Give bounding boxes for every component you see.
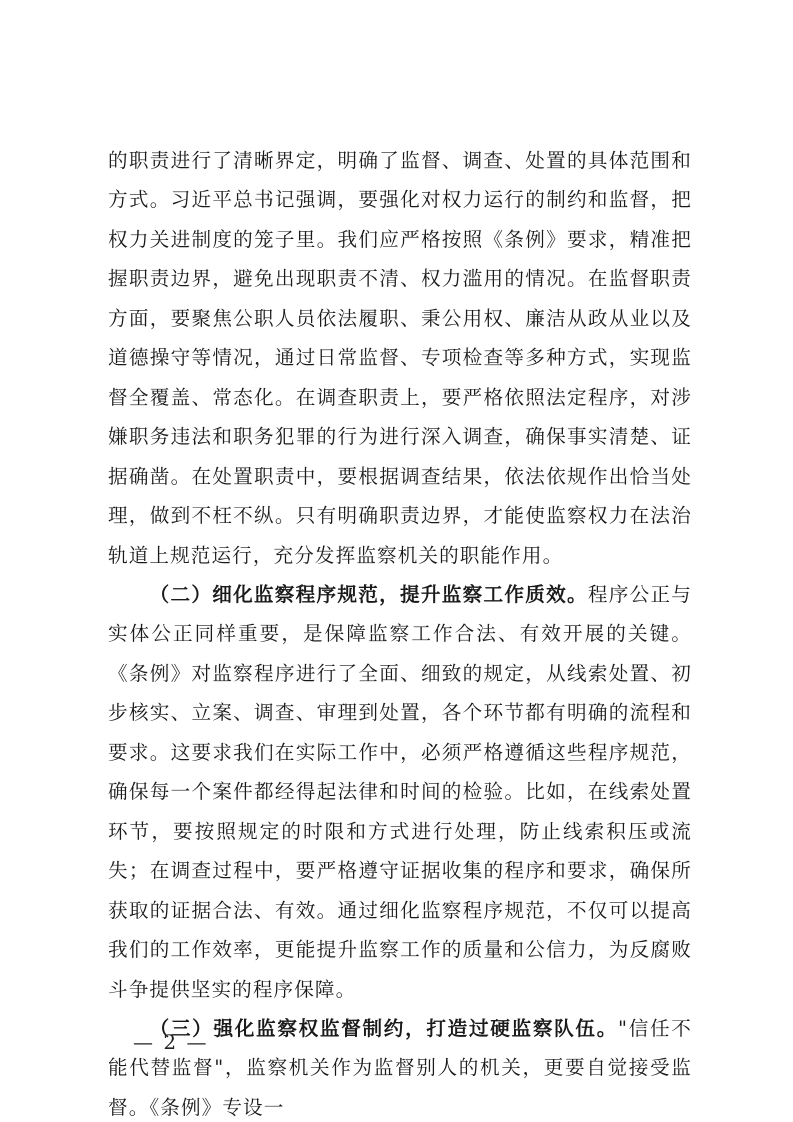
document-body: 的职责进行了清晰界定，明确了监督、调查、处置的具体范围和方式。习近平总书记强调，…	[108, 141, 692, 1122]
paragraph-heading: （二）细化监察程序规范，提升监察工作质效。	[150, 583, 588, 606]
paragraph-text: 的职责进行了清晰界定，明确了监督、调查、处置的具体范围和方式。习近平总书记强调，…	[108, 149, 692, 567]
page-number: — 2 —	[133, 1030, 208, 1054]
paragraph-1: 的职责进行了清晰界定，明确了监督、调查、处置的具体范围和方式。习近平总书记强调，…	[108, 141, 692, 575]
paragraph-2: （二）细化监察程序规范，提升监察工作质效。程序公正与实体公正同样重要，是保障监察…	[108, 575, 692, 1009]
document-page: 的职责进行了清晰界定，明确了监督、调查、处置的具体范围和方式。习近平总书记强调，…	[0, 0, 793, 1122]
paragraph-text: 程序公正与实体公正同样重要，是保障监察工作合法、有效开展的关键。《条例》对监察程…	[108, 583, 692, 1001]
paragraph-heading: （三）强化监察权监督制约，打造过硬监察队伍。	[150, 1017, 618, 1040]
paragraph-3: （三）强化监察权监督制约，打造过硬监察队伍。"信任不能代替监督"，监察机关作为监…	[108, 1009, 692, 1122]
